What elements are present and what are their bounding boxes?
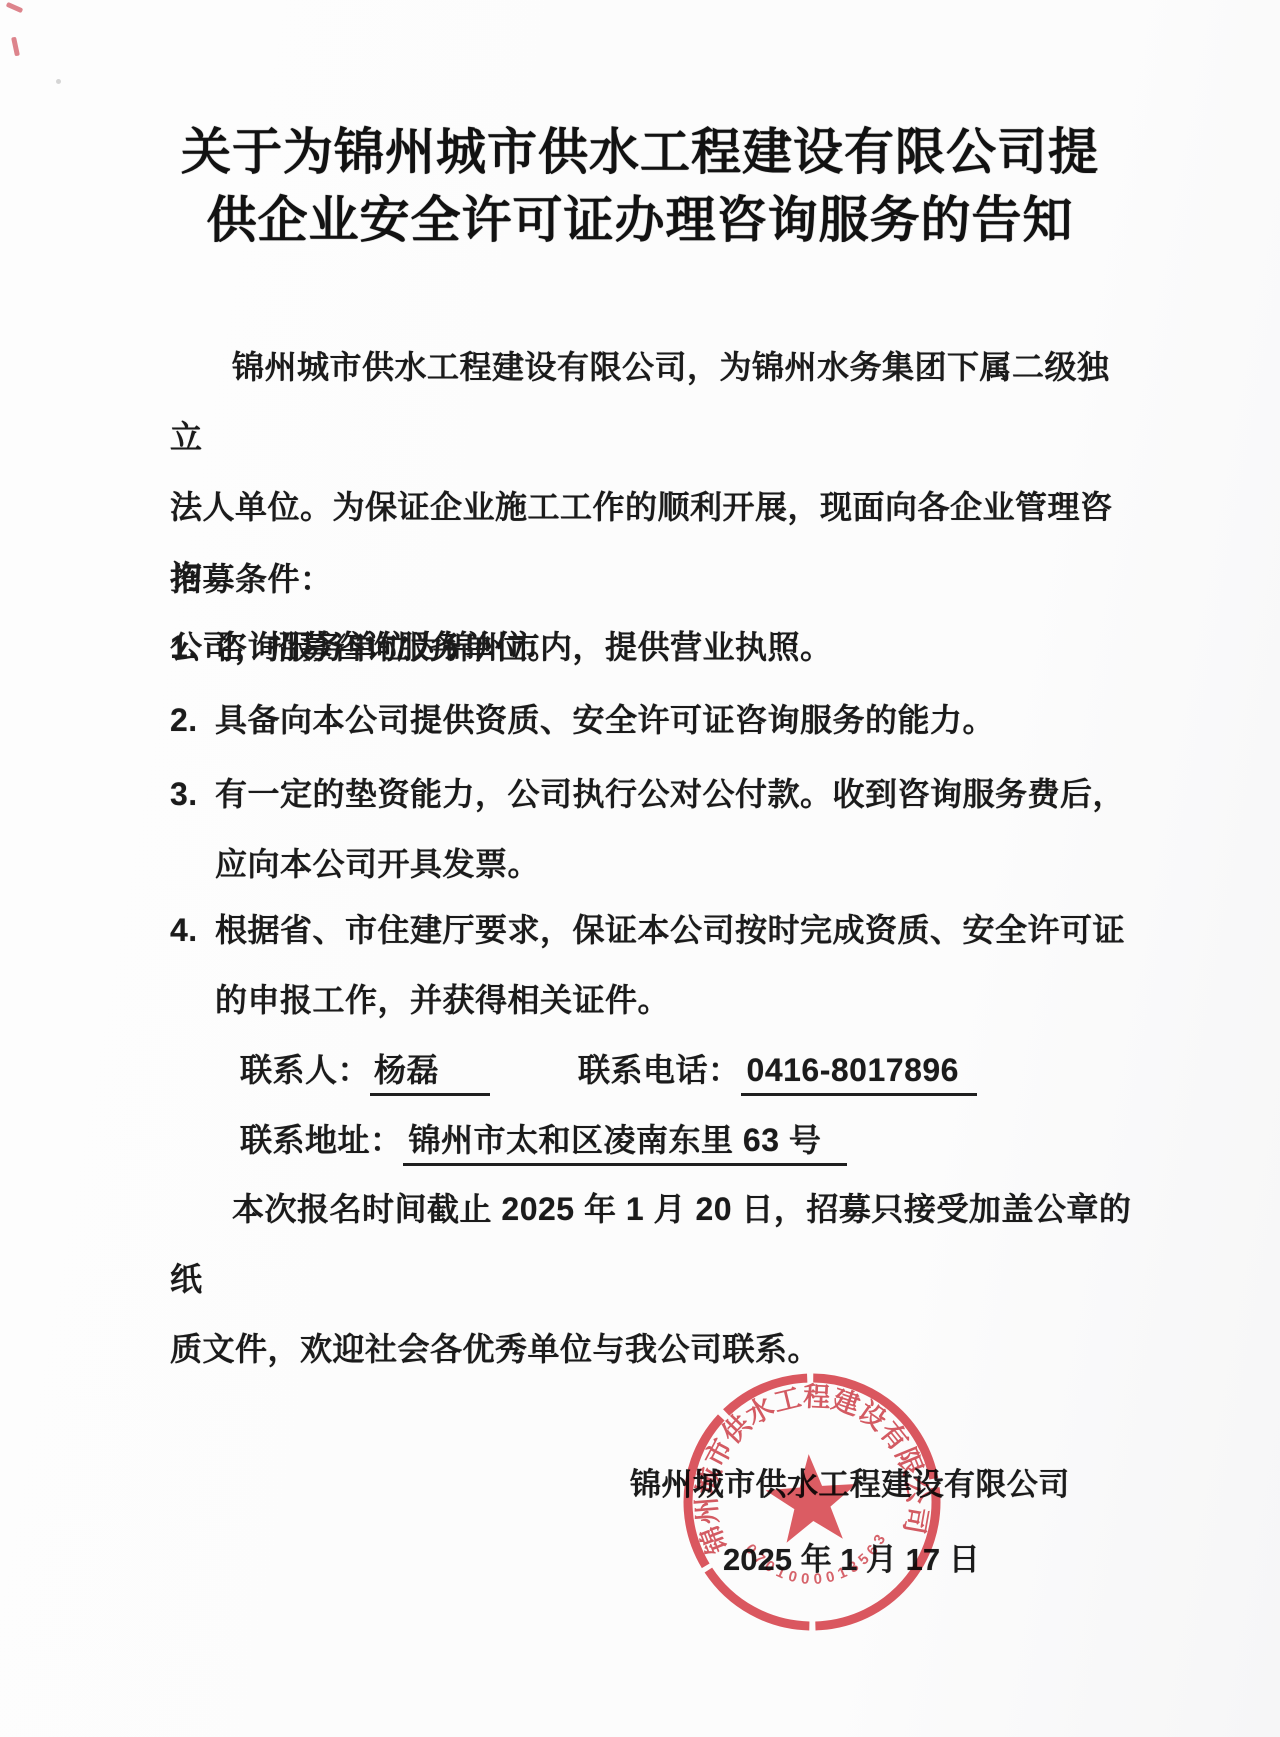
condition-number: 2. xyxy=(170,685,214,755)
company-seal-stamp: 锦州城市供水工程建设有限公司 0701000013563 xyxy=(668,1358,956,1646)
scan-artifact xyxy=(6,2,24,13)
scanned-notice-page: 关于为锦州城市供水工程建设有限公司提 供企业安全许可证办理咨询服务的告知 锦州城… xyxy=(0,0,1280,1737)
contact-address-row: 联系地址：锦州市太和区凌南东里 63 号 xyxy=(240,1117,1240,1166)
seal-serial-number: 0701000013563 xyxy=(741,1531,892,1593)
scan-artifact xyxy=(11,37,20,57)
condition-number: 1. xyxy=(170,612,214,682)
contact-phone-label: 联系电话： xyxy=(578,1052,741,1088)
svg-text:0701000013563: 0701000013563 xyxy=(741,1531,892,1593)
closing-paragraph: 本次报名时间截止 2025 年 1 月 20 日，招募只接受加盖公章的纸 质文件… xyxy=(170,1174,1135,1384)
document-title: 关于为锦州城市供水工程建设有限公司提 供企业安全许可证办理咨询服务的告知 xyxy=(0,118,1280,254)
title-line-2: 供企业安全许可证办理咨询服务的告知 xyxy=(0,186,1280,254)
closing-line-2: 质文件，欢迎社会各优秀单位与我公司联系。 xyxy=(170,1314,1135,1384)
condition-item-1: 1. 咨询服务单位为锦州市内，提供营业执照。 xyxy=(170,612,1135,682)
condition-number: 3. xyxy=(170,759,214,829)
contact-address-value: 锦州市太和区凌南东里 63 号 xyxy=(403,1117,848,1166)
condition-text-wrap: 应向本公司开具发票。 xyxy=(170,829,1135,899)
condition-text: 具备向本公司提供资质、安全许可证咨询服务的能力。 xyxy=(170,685,1135,755)
contact-person-value: 杨磊 xyxy=(370,1047,490,1096)
condition-item-2: 2. 具备向本公司提供资质、安全许可证咨询服务的能力。 xyxy=(170,685,1135,755)
condition-text: 根据省、市住建厅要求，保证本公司按时完成资质、安全许可证 xyxy=(170,895,1135,965)
contact-phone-value: 0416-8017896 xyxy=(741,1047,977,1096)
closing-line-1: 本次报名时间截止 2025 年 1 月 20 日，招募只接受加盖公章的纸 xyxy=(170,1191,1131,1297)
contact-address-label: 联系地址： xyxy=(240,1122,403,1158)
condition-item-4: 4. 根据省、市住建厅要求，保证本公司按时完成资质、安全许可证 的申报工作，并获… xyxy=(170,895,1135,1035)
title-line-1: 关于为锦州城市供水工程建设有限公司提 xyxy=(0,118,1280,186)
contact-person-label: 联系人： xyxy=(240,1052,370,1088)
conditions-heading: 招募条件： xyxy=(170,544,570,614)
condition-text: 咨询服务单位为锦州市内，提供营业执照。 xyxy=(170,612,1135,682)
condition-item-3: 3. 有一定的垫资能力，公司执行公对公付款。收到咨询服务费后， 应向本公司开具发… xyxy=(170,759,1135,899)
seal-star-icon xyxy=(763,1451,860,1544)
intro-line-1: 锦州城市供水工程建设有限公司，为锦州水务集团下属二级独立 xyxy=(170,349,1110,455)
condition-text: 有一定的垫资能力，公司执行公对公付款。收到咨询服务费后， xyxy=(170,759,1135,829)
condition-number: 4. xyxy=(170,895,214,965)
condition-text-wrap: 的申报工作，并获得相关证件。 xyxy=(170,965,1135,1035)
contact-person-row: 联系人：杨磊联系电话：0416-8017896 xyxy=(240,1047,1240,1096)
scan-artifact xyxy=(56,79,61,84)
